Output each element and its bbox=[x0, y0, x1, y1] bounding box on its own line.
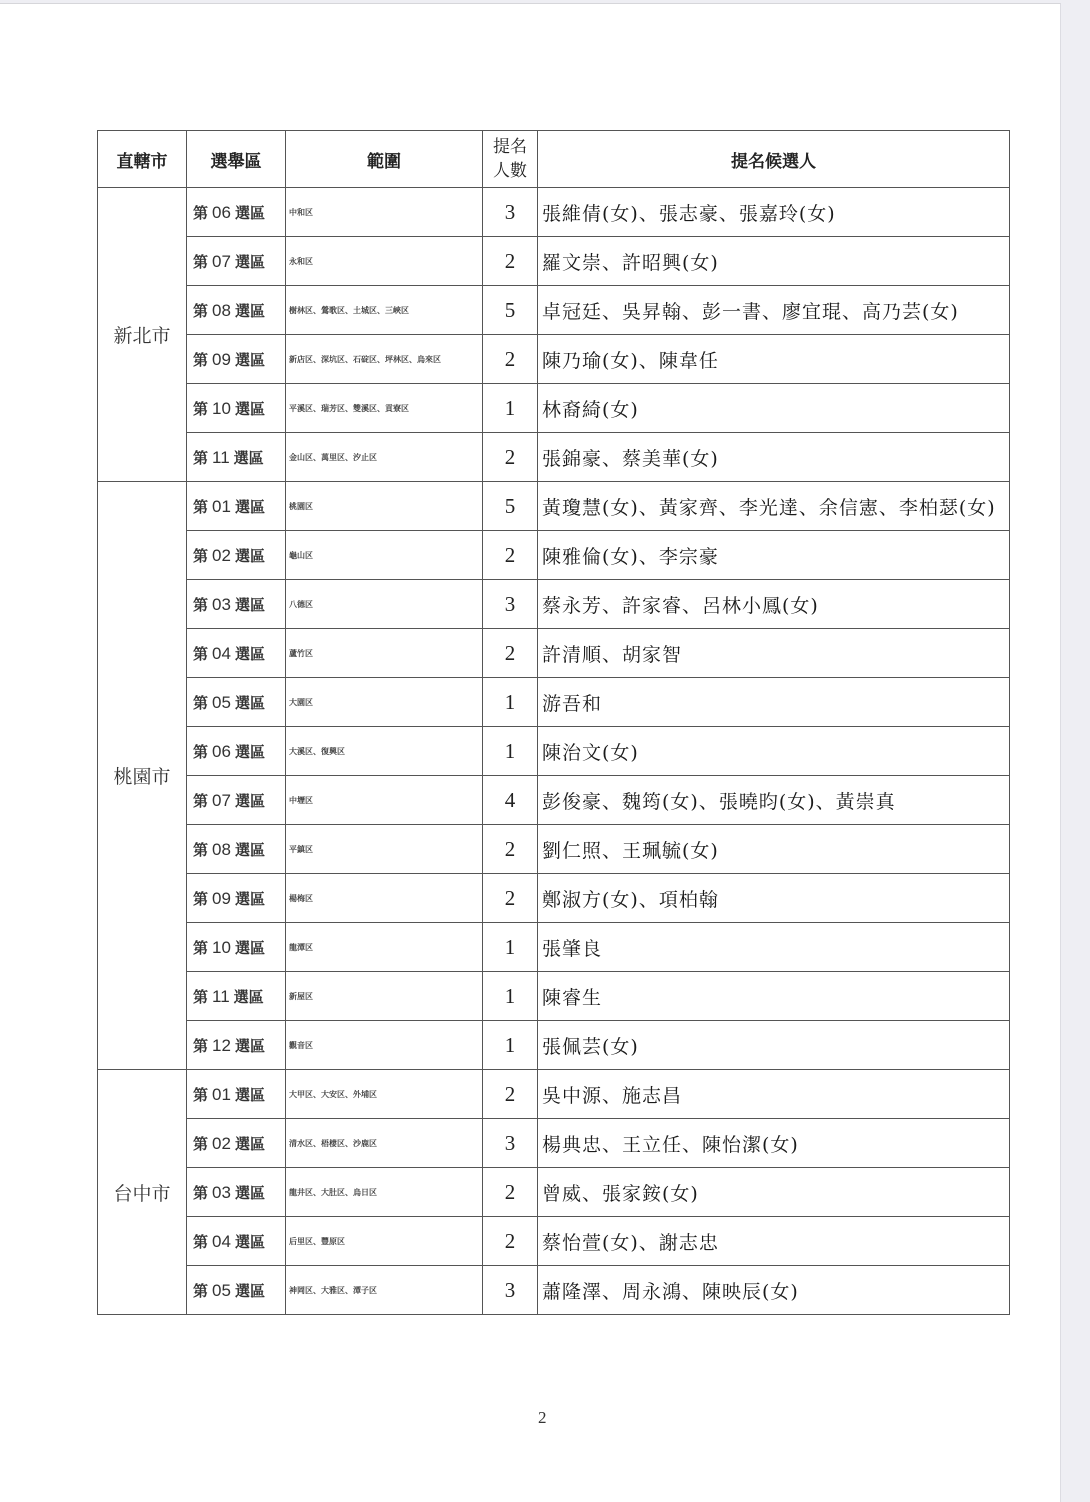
area-cell: 神岡区、大雅区、潭子区 bbox=[286, 1266, 483, 1315]
count-cell: 1 bbox=[483, 1021, 538, 1070]
district-number: 07 bbox=[212, 252, 231, 271]
area-cell: 永和区 bbox=[286, 237, 483, 286]
district-cell: 第07選區 bbox=[187, 776, 286, 825]
candidates-cell: 游吾和 bbox=[538, 678, 1010, 727]
district-number: 04 bbox=[212, 1232, 231, 1251]
table-row: 第04選區蘆竹区2許清順、胡家智 bbox=[98, 629, 1010, 678]
district-suffix: 選區 bbox=[235, 596, 265, 614]
count-cell: 1 bbox=[483, 923, 538, 972]
candidates-cell: 卓冠廷、吳昇翰、彭一書、廖宜琨、高乃芸(女) bbox=[538, 286, 1010, 335]
district-number: 04 bbox=[212, 644, 231, 663]
district-suffix: 選區 bbox=[235, 694, 265, 712]
district-number: 09 bbox=[212, 889, 231, 908]
table-row: 台中市第01選區大甲区、大安区、外埔区2吳中源、施志昌 bbox=[98, 1070, 1010, 1119]
count-cell: 1 bbox=[483, 678, 538, 727]
header-area: 範圍 bbox=[286, 131, 483, 188]
area-cell: 大園区 bbox=[286, 678, 483, 727]
count-cell: 2 bbox=[483, 433, 538, 482]
count-cell: 4 bbox=[483, 776, 538, 825]
count-cell: 2 bbox=[483, 1217, 538, 1266]
district-prefix: 第 bbox=[193, 596, 208, 614]
district-suffix: 選區 bbox=[235, 645, 265, 663]
city-cell: 台中市 bbox=[98, 1070, 187, 1315]
candidates-cell: 蔡怡萱(女)、謝志忠 bbox=[538, 1217, 1010, 1266]
district-prefix: 第 bbox=[193, 939, 208, 957]
candidates-cell: 蔡永芳、許家睿、呂林小鳳(女) bbox=[538, 580, 1010, 629]
district-prefix: 第 bbox=[193, 1037, 208, 1055]
district-cell: 第11選區 bbox=[187, 972, 286, 1021]
area-cell: 清水区、梧棲区、沙鹿区 bbox=[286, 1119, 483, 1168]
area-cell: 蘆竹区 bbox=[286, 629, 483, 678]
district-suffix: 選區 bbox=[235, 1135, 265, 1153]
area-cell: 新屋区 bbox=[286, 972, 483, 1021]
table-row: 第08選區平鎮区2劉仁照、王珮毓(女) bbox=[98, 825, 1010, 874]
area-cell: 新店区、深坑区、石碇区、坪林区、烏來区 bbox=[286, 335, 483, 384]
table-row: 第10選區龍潭区1張肇良 bbox=[98, 923, 1010, 972]
area-cell: 中和区 bbox=[286, 188, 483, 237]
district-number: 07 bbox=[212, 791, 231, 810]
candidates-cell: 鄭淑方(女)、項柏翰 bbox=[538, 874, 1010, 923]
district-cell: 第08選區 bbox=[187, 286, 286, 335]
table-row: 第08選區樹林区、鶯歌区、土城区、三峽区5卓冠廷、吳昇翰、彭一書、廖宜琨、高乃芸… bbox=[98, 286, 1010, 335]
district-suffix: 選區 bbox=[235, 351, 265, 369]
district-number: 11 bbox=[212, 987, 230, 1006]
header-candidates: 提名候選人 bbox=[538, 131, 1010, 188]
candidates-cell: 張錦豪、蔡美華(女) bbox=[538, 433, 1010, 482]
table-row: 第04選區后里区、豐原区2蔡怡萱(女)、謝志忠 bbox=[98, 1217, 1010, 1266]
district-prefix: 第 bbox=[193, 890, 208, 908]
district-cell: 第09選區 bbox=[187, 874, 286, 923]
candidates-cell: 張肇良 bbox=[538, 923, 1010, 972]
table-row: 第12選區觀音区1張佩芸(女) bbox=[98, 1021, 1010, 1070]
candidates-cell: 蕭隆澤、周永鴻、陳映辰(女) bbox=[538, 1266, 1010, 1315]
district-number: 06 bbox=[212, 203, 231, 222]
table-row: 第09選區楊梅区2鄭淑方(女)、項柏翰 bbox=[98, 874, 1010, 923]
city-cell: 新北市 bbox=[98, 188, 187, 482]
table-row: 第09選區新店区、深坑区、石碇区、坪林区、烏來区2陳乃瑜(女)、陳韋任 bbox=[98, 335, 1010, 384]
area-cell: 后里区、豐原区 bbox=[286, 1217, 483, 1266]
area-cell: 觀音区 bbox=[286, 1021, 483, 1070]
table-row: 第07選區中壢区4彭俊豪、魏筠(女)、張曉昀(女)、黃崇真 bbox=[98, 776, 1010, 825]
district-number: 03 bbox=[212, 1183, 231, 1202]
district-number: 03 bbox=[212, 595, 231, 614]
district-suffix: 選區 bbox=[235, 841, 265, 859]
candidates-cell: 陳治文(女) bbox=[538, 727, 1010, 776]
table-header-row: 直轄市 選舉區 範圍 提名人數 提名候選人 bbox=[98, 131, 1010, 188]
district-prefix: 第 bbox=[193, 498, 208, 516]
nomination-table: 直轄市 選舉區 範圍 提名人數 提名候選人 新北市第06選區中和区3張維倩(女)… bbox=[97, 130, 1010, 1315]
table-row: 桃園市第01選區桃園区5黃瓊慧(女)、黃家齊、李光達、余信憲、李柏瑟(女) bbox=[98, 482, 1010, 531]
district-prefix: 第 bbox=[193, 988, 208, 1006]
district-suffix: 選區 bbox=[235, 253, 265, 271]
area-cell: 龜山区 bbox=[286, 531, 483, 580]
district-prefix: 第 bbox=[193, 449, 208, 467]
candidates-cell: 楊典忠、王立任、陳怡潔(女) bbox=[538, 1119, 1010, 1168]
area-cell: 桃園区 bbox=[286, 482, 483, 531]
count-cell: 5 bbox=[483, 482, 538, 531]
district-number: 11 bbox=[212, 448, 230, 467]
district-suffix: 選區 bbox=[235, 1282, 265, 1300]
area-cell: 平溪区、瑞芳区、雙溪区、貢寮区 bbox=[286, 384, 483, 433]
district-suffix: 選區 bbox=[235, 400, 265, 418]
count-cell: 3 bbox=[483, 580, 538, 629]
area-cell: 龍井区、大肚区、烏日区 bbox=[286, 1168, 483, 1217]
candidates-cell: 羅文崇、許昭興(女) bbox=[538, 237, 1010, 286]
count-cell: 3 bbox=[483, 188, 538, 237]
district-suffix: 選區 bbox=[235, 302, 265, 320]
candidates-cell: 劉仁照、王珮毓(女) bbox=[538, 825, 1010, 874]
district-suffix: 選區 bbox=[235, 792, 265, 810]
page-number: 2 bbox=[538, 1408, 547, 1428]
district-number: 08 bbox=[212, 840, 231, 859]
district-prefix: 第 bbox=[193, 645, 208, 663]
district-suffix: 選區 bbox=[235, 1184, 265, 1202]
district-number: 09 bbox=[212, 350, 231, 369]
count-cell: 2 bbox=[483, 335, 538, 384]
count-cell: 2 bbox=[483, 531, 538, 580]
table-row: 第05選區大園区1游吾和 bbox=[98, 678, 1010, 727]
table-row: 第03選區八德区3蔡永芳、許家睿、呂林小鳳(女) bbox=[98, 580, 1010, 629]
district-suffix: 選區 bbox=[235, 1086, 265, 1104]
table-row: 第11選區金山区、萬里区、汐止区2張錦豪、蔡美華(女) bbox=[98, 433, 1010, 482]
count-cell: 3 bbox=[483, 1119, 538, 1168]
area-cell: 八德区 bbox=[286, 580, 483, 629]
district-prefix: 第 bbox=[193, 1086, 208, 1104]
candidates-cell: 黃瓊慧(女)、黃家齊、李光達、余信憲、李柏瑟(女) bbox=[538, 482, 1010, 531]
district-suffix: 選區 bbox=[235, 939, 265, 957]
district-suffix: 選區 bbox=[234, 988, 264, 1006]
count-cell: 3 bbox=[483, 1266, 538, 1315]
district-cell: 第05選區 bbox=[187, 1266, 286, 1315]
district-prefix: 第 bbox=[193, 253, 208, 271]
table-row: 第03選區龍井区、大肚区、烏日区2曾威、張家銨(女) bbox=[98, 1168, 1010, 1217]
header-district: 選舉區 bbox=[187, 131, 286, 188]
count-cell: 1 bbox=[483, 972, 538, 1021]
district-cell: 第06選區 bbox=[187, 727, 286, 776]
district-cell: 第02選區 bbox=[187, 1119, 286, 1168]
district-number: 08 bbox=[212, 301, 231, 320]
district-suffix: 選區 bbox=[235, 498, 265, 516]
count-cell: 2 bbox=[483, 825, 538, 874]
candidates-cell: 陳雅倫(女)、李宗豪 bbox=[538, 531, 1010, 580]
city-cell: 桃園市 bbox=[98, 482, 187, 1070]
district-suffix: 選區 bbox=[235, 743, 265, 761]
district-cell: 第08選區 bbox=[187, 825, 286, 874]
table-body: 新北市第06選區中和区3張維倩(女)、張志豪、張嘉玲(女)第07選區永和区2羅文… bbox=[98, 188, 1010, 1315]
district-number: 02 bbox=[212, 1134, 231, 1153]
table-row: 第02選區清水区、梧棲区、沙鹿区3楊典忠、王立任、陳怡潔(女) bbox=[98, 1119, 1010, 1168]
header-city: 直轄市 bbox=[98, 131, 187, 188]
candidates-cell: 張維倩(女)、張志豪、張嘉玲(女) bbox=[538, 188, 1010, 237]
district-prefix: 第 bbox=[193, 400, 208, 418]
district-prefix: 第 bbox=[193, 694, 208, 712]
area-cell: 金山区、萬里区、汐止区 bbox=[286, 433, 483, 482]
district-cell: 第02選區 bbox=[187, 531, 286, 580]
district-cell: 第06選區 bbox=[187, 188, 286, 237]
district-number: 06 bbox=[212, 742, 231, 761]
count-cell: 1 bbox=[483, 727, 538, 776]
area-cell: 中壢区 bbox=[286, 776, 483, 825]
district-cell: 第04選區 bbox=[187, 629, 286, 678]
table-row: 第11選區新屋区1陳睿生 bbox=[98, 972, 1010, 1021]
district-suffix: 選區 bbox=[235, 204, 265, 222]
count-cell: 5 bbox=[483, 286, 538, 335]
district-suffix: 選區 bbox=[234, 449, 264, 467]
document-page: 直轄市 選舉區 範圍 提名人數 提名候選人 新北市第06選區中和区3張維倩(女)… bbox=[0, 3, 1061, 1501]
table-row: 第06選區大溪区、復興区1陳治文(女) bbox=[98, 727, 1010, 776]
district-cell: 第03選區 bbox=[187, 580, 286, 629]
district-suffix: 選區 bbox=[235, 1233, 265, 1251]
district-number: 12 bbox=[212, 1036, 231, 1055]
district-number: 10 bbox=[212, 399, 231, 418]
candidates-cell: 林裔綺(女) bbox=[538, 384, 1010, 433]
district-number: 01 bbox=[212, 1085, 231, 1104]
area-cell: 平鎮区 bbox=[286, 825, 483, 874]
district-cell: 第05選區 bbox=[187, 678, 286, 727]
district-prefix: 第 bbox=[193, 1282, 208, 1300]
candidates-cell: 許清順、胡家智 bbox=[538, 629, 1010, 678]
count-cell: 2 bbox=[483, 874, 538, 923]
district-prefix: 第 bbox=[193, 302, 208, 320]
district-prefix: 第 bbox=[193, 841, 208, 859]
count-cell: 2 bbox=[483, 1168, 538, 1217]
count-cell: 1 bbox=[483, 384, 538, 433]
table-row: 新北市第06選區中和区3張維倩(女)、張志豪、張嘉玲(女) bbox=[98, 188, 1010, 237]
header-count: 提名人數 bbox=[483, 131, 538, 188]
area-cell: 大甲区、大安区、外埔区 bbox=[286, 1070, 483, 1119]
district-cell: 第01選區 bbox=[187, 482, 286, 531]
candidates-cell: 陳乃瑜(女)、陳韋任 bbox=[538, 335, 1010, 384]
district-prefix: 第 bbox=[193, 204, 208, 222]
table-row: 第10選區平溪区、瑞芳区、雙溪区、貢寮区1林裔綺(女) bbox=[98, 384, 1010, 433]
district-cell: 第07選區 bbox=[187, 237, 286, 286]
district-prefix: 第 bbox=[193, 547, 208, 565]
count-cell: 2 bbox=[483, 629, 538, 678]
district-cell: 第10選區 bbox=[187, 384, 286, 433]
candidates-cell: 曾威、張家銨(女) bbox=[538, 1168, 1010, 1217]
district-prefix: 第 bbox=[193, 743, 208, 761]
district-cell: 第03選區 bbox=[187, 1168, 286, 1217]
district-cell: 第12選區 bbox=[187, 1021, 286, 1070]
candidates-cell: 吳中源、施志昌 bbox=[538, 1070, 1010, 1119]
table-row: 第05選區神岡区、大雅区、潭子区3蕭隆澤、周永鴻、陳映辰(女) bbox=[98, 1266, 1010, 1315]
district-prefix: 第 bbox=[193, 1233, 208, 1251]
district-cell: 第01選區 bbox=[187, 1070, 286, 1119]
district-cell: 第04選區 bbox=[187, 1217, 286, 1266]
district-suffix: 選區 bbox=[235, 547, 265, 565]
candidates-cell: 陳睿生 bbox=[538, 972, 1010, 1021]
district-number: 02 bbox=[212, 546, 231, 565]
district-suffix: 選區 bbox=[235, 890, 265, 908]
district-suffix: 選區 bbox=[235, 1037, 265, 1055]
count-cell: 2 bbox=[483, 1070, 538, 1119]
district-cell: 第09選區 bbox=[187, 335, 286, 384]
district-cell: 第10選區 bbox=[187, 923, 286, 972]
area-cell: 龍潭区 bbox=[286, 923, 483, 972]
district-prefix: 第 bbox=[193, 792, 208, 810]
district-number: 10 bbox=[212, 938, 231, 957]
table-row: 第07選區永和区2羅文崇、許昭興(女) bbox=[98, 237, 1010, 286]
district-prefix: 第 bbox=[193, 1184, 208, 1202]
count-cell: 2 bbox=[483, 237, 538, 286]
candidates-cell: 彭俊豪、魏筠(女)、張曉昀(女)、黃崇真 bbox=[538, 776, 1010, 825]
district-number: 05 bbox=[212, 1281, 231, 1300]
area-cell: 樹林区、鶯歌区、土城区、三峽区 bbox=[286, 286, 483, 335]
district-cell: 第11選區 bbox=[187, 433, 286, 482]
district-prefix: 第 bbox=[193, 351, 208, 369]
candidates-cell: 張佩芸(女) bbox=[538, 1021, 1010, 1070]
district-number: 05 bbox=[212, 693, 231, 712]
area-cell: 大溪区、復興区 bbox=[286, 727, 483, 776]
table-row: 第02選區龜山区2陳雅倫(女)、李宗豪 bbox=[98, 531, 1010, 580]
district-number: 01 bbox=[212, 497, 231, 516]
district-prefix: 第 bbox=[193, 1135, 208, 1153]
area-cell: 楊梅区 bbox=[286, 874, 483, 923]
